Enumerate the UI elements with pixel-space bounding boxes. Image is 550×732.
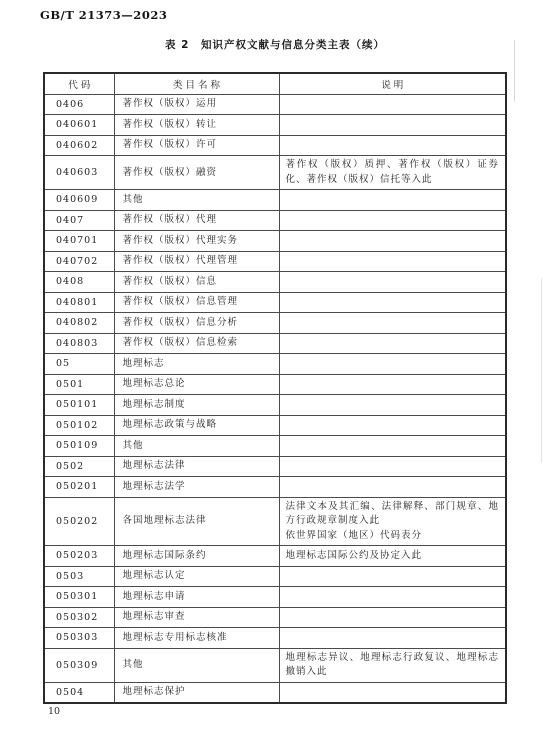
- note-cell: [279, 607, 506, 628]
- note-cell: [279, 587, 506, 608]
- table-body: 0406著作权（版权）运用040601著作权（版权）转让040602著作权（版权…: [44, 94, 506, 703]
- code-cell: 040802: [44, 313, 114, 334]
- code-cell: 050309: [44, 648, 114, 682]
- name-cell: 地理标志专用标志核准: [114, 628, 279, 649]
- note-cell: [279, 313, 506, 334]
- name-cell: 地理标志制度: [114, 395, 279, 416]
- name-cell: 著作权（版权）信息管理: [114, 292, 279, 313]
- note-cell: [279, 628, 506, 649]
- name-cell: 著作权（版权）信息: [114, 272, 279, 293]
- code-cell: 05: [44, 354, 114, 375]
- name-cell: 地理标志申请: [114, 587, 279, 608]
- code-cell: 0407: [44, 210, 114, 231]
- code-cell: 050301: [44, 587, 114, 608]
- name-cell: 地理标志法律: [114, 456, 279, 477]
- table-row: 040602著作权（版权）许可: [44, 135, 506, 156]
- table-row: 0408著作权（版权）信息: [44, 272, 506, 293]
- table-row: 050202各国地理标志法律法律文本及其汇编、法律解释、部门规章、地方行政规章制…: [44, 497, 506, 546]
- code-cell: 040601: [44, 115, 114, 136]
- code-cell: 0501: [44, 374, 114, 395]
- name-cell: 地理标志审查: [114, 607, 279, 628]
- scan-artifact: [514, 40, 515, 102]
- table-row: 05地理标志: [44, 354, 506, 375]
- column-header-name: 类目名称: [114, 73, 279, 94]
- table-row: 0407著作权（版权）代理: [44, 210, 506, 231]
- table-row: 040802著作权（版权）信息分析: [44, 313, 506, 334]
- table-row: 050301地理标志申请: [44, 587, 506, 608]
- name-cell: 著作权（版权）代理管理: [114, 251, 279, 272]
- note-cell: [279, 395, 506, 416]
- code-cell: 040603: [44, 156, 114, 190]
- name-cell: 著作权（版权）信息分析: [114, 313, 279, 334]
- code-cell: 050203: [44, 546, 114, 567]
- note-cell: [279, 477, 506, 498]
- column-header-code: 代码: [44, 73, 114, 94]
- name-cell: 著作权（版权）代理实务: [114, 231, 279, 252]
- code-cell: 050202: [44, 497, 114, 546]
- note-cell: [279, 272, 506, 293]
- name-cell: 地理标志总论: [114, 374, 279, 395]
- table-row: 040609其他: [44, 190, 506, 211]
- table-row: 0502地理标志法律: [44, 456, 506, 477]
- note-cell: [279, 566, 506, 587]
- table-row: 050203地理标志国际条约地理标志国际公约及协定入此: [44, 546, 506, 567]
- code-cell: 0503: [44, 566, 114, 587]
- code-cell: 040702: [44, 251, 114, 272]
- code-cell: 050109: [44, 436, 114, 457]
- note-cell: 地理标志异议、地理标志行政复议、地理标志撤销入此: [279, 648, 506, 682]
- note-cell: [279, 190, 506, 211]
- table-row: 040603著作权（版权）融资著作权（版权）质押、著作权（版权）证券化、著作权（…: [44, 156, 506, 190]
- page-number: 10: [48, 706, 60, 717]
- name-cell: 著作权（版权）许可: [114, 135, 279, 156]
- table-row: 0503地理标志认定: [44, 566, 506, 587]
- note-cell: [279, 354, 506, 375]
- name-cell: 地理标志国际条约: [114, 546, 279, 567]
- table-row: 040702著作权（版权）代理管理: [44, 251, 506, 272]
- table-row: 040601著作权（版权）转让: [44, 115, 506, 136]
- table-row: 0406著作权（版权）运用: [44, 94, 506, 115]
- note-cell: [279, 374, 506, 395]
- table-row: 050309其他地理标志异议、地理标志行政复议、地理标志撤销入此: [44, 648, 506, 682]
- code-cell: 040801: [44, 292, 114, 313]
- scan-artifact: [541, 278, 542, 463]
- name-cell: 其他: [114, 190, 279, 211]
- document-page: GB/T 21373—2023 表 2 知识产权文献与信息分类主表（续） 代码 …: [0, 0, 550, 732]
- name-cell: 地理标志政策与战略: [114, 415, 279, 436]
- name-cell: 地理标志: [114, 354, 279, 375]
- code-cell: 0502: [44, 456, 114, 477]
- table-row: 0501地理标志总论: [44, 374, 506, 395]
- note-cell: 著作权（版权）质押、著作权（版权）证券化、著作权（版权）信托等入此: [279, 156, 506, 190]
- note-cell: [279, 682, 506, 703]
- standard-number: GB/T 21373—2023: [40, 8, 167, 22]
- name-cell: 地理标志保护: [114, 682, 279, 703]
- code-cell: 040602: [44, 135, 114, 156]
- name-cell: 地理标志认定: [114, 566, 279, 587]
- name-cell: 各国地理标志法律: [114, 497, 279, 546]
- code-cell: 0504: [44, 682, 114, 703]
- table-row: 050101地理标志制度: [44, 395, 506, 416]
- column-header-note: 说明: [279, 73, 506, 94]
- code-cell: 040609: [44, 190, 114, 211]
- name-cell: 著作权（版权）转让: [114, 115, 279, 136]
- note-cell: [279, 436, 506, 457]
- code-cell: 050303: [44, 628, 114, 649]
- code-cell: 040701: [44, 231, 114, 252]
- code-cell: 050302: [44, 607, 114, 628]
- code-cell: 050102: [44, 415, 114, 436]
- code-cell: 0406: [44, 94, 114, 115]
- name-cell: 著作权（版权）运用: [114, 94, 279, 115]
- table-row: 0504地理标志保护: [44, 682, 506, 703]
- table-title: 表 2 知识产权文献与信息分类主表（续）: [0, 37, 550, 52]
- table-row: 050109其他: [44, 436, 506, 457]
- note-cell: [279, 333, 506, 354]
- note-cell: [279, 292, 506, 313]
- note-cell: [279, 251, 506, 272]
- note-cell: [279, 456, 506, 477]
- note-cell: [279, 135, 506, 156]
- name-cell: 著作权（版权）代理: [114, 210, 279, 231]
- table-row: 050201地理标志法学: [44, 477, 506, 498]
- name-cell: 其他: [114, 436, 279, 457]
- table-row: 050302地理标志审查: [44, 607, 506, 628]
- code-cell: 0408: [44, 272, 114, 293]
- note-cell: [279, 231, 506, 252]
- code-cell: 050101: [44, 395, 114, 416]
- table-header-row: 代码 类目名称 说明: [44, 73, 506, 94]
- note-cell: [279, 94, 506, 115]
- note-cell: 地理标志国际公约及协定入此: [279, 546, 506, 567]
- note-cell: [279, 210, 506, 231]
- table-row: 040803著作权（版权）信息检索: [44, 333, 506, 354]
- classification-table: 代码 类目名称 说明 0406著作权（版权）运用040601著作权（版权）转让0…: [43, 72, 507, 704]
- code-cell: 050201: [44, 477, 114, 498]
- code-cell: 040803: [44, 333, 114, 354]
- name-cell: 著作权（版权）融资: [114, 156, 279, 190]
- table-row: 050303地理标志专用标志核准: [44, 628, 506, 649]
- name-cell: 著作权（版权）信息检索: [114, 333, 279, 354]
- table-row: 040701著作权（版权）代理实务: [44, 231, 506, 252]
- note-cell: [279, 115, 506, 136]
- note-cell: [279, 415, 506, 436]
- name-cell: 其他: [114, 648, 279, 682]
- table-row: 050102地理标志政策与战略: [44, 415, 506, 436]
- note-cell: 法律文本及其汇编、法律解释、部门规章、地方行政规章制度入此 依世界国家（地区）代…: [279, 497, 506, 546]
- name-cell: 地理标志法学: [114, 477, 279, 498]
- table-row: 040801著作权（版权）信息管理: [44, 292, 506, 313]
